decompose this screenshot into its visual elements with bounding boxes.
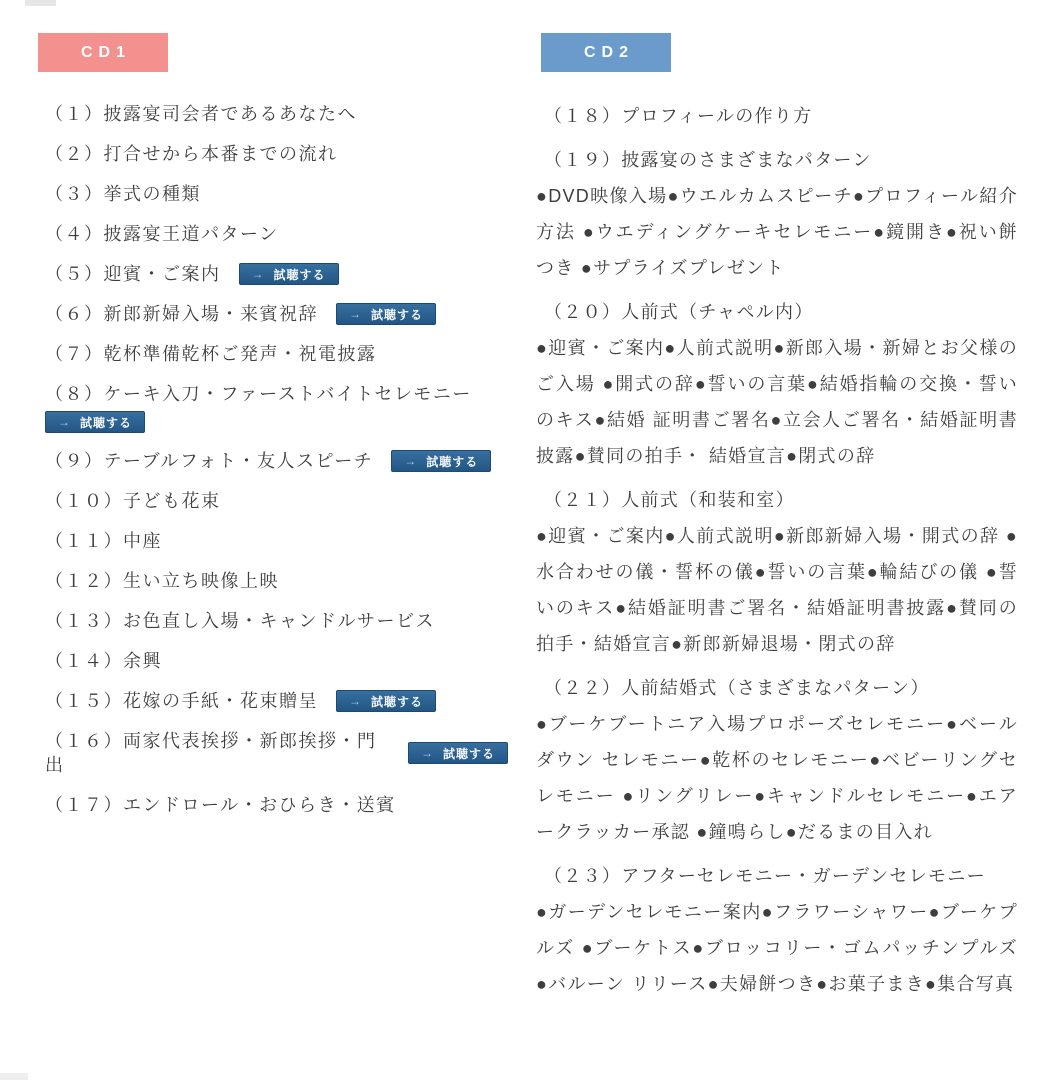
track-details: ●迎賓・ご案内●人前式説明●新郎新婦入場・開式の辞 ●水合わせの儀・誓杯の儀●誓…: [536, 518, 1018, 662]
track-title: （１５）花嫁の手紙・花束贈呈: [45, 689, 318, 713]
track-row: （１５）花嫁の手紙・花束贈呈 → 試聴する: [45, 689, 508, 713]
cd2-track-item: （１８）プロフィールの作り方: [536, 98, 1018, 134]
track-title: （４）披露宴王道パターン: [45, 222, 279, 246]
track-details: ●迎賓・ご案内●人前式説明●新郎入場・新婦とお父様のご入場 ●開式の辞●誓いの言…: [536, 330, 1018, 474]
cd1-track-item: （３）挙式の種類: [45, 182, 508, 206]
track-title: （１８）プロフィールの作り方: [536, 98, 1018, 134]
listen-arrow-icon: →: [404, 455, 417, 467]
track-title: （２）打合せから本番までの流れ: [45, 142, 338, 166]
cd1-track-item: （１６）両家代表挨拶・新郎挨拶・門出 → 試聴する: [45, 729, 508, 777]
track-title: （９）テーブルフォト・友人スピーチ: [45, 449, 373, 473]
track-row: （３）挙式の種類: [45, 182, 508, 206]
scan-artifact-top: [25, 0, 56, 6]
listen-button-label: 試聴する: [426, 453, 478, 470]
cd2-track-item: （２１）人前式（和装和室） ●迎賓・ご案内●人前式説明●新郎新婦入場・開式の辞 …: [536, 482, 1018, 662]
track-row: （１６）両家代表挨拶・新郎挨拶・門出 → 試聴する: [45, 729, 508, 777]
track-title: （２０）人前式（チャペル内）: [536, 294, 1018, 330]
track-row: （５）迎賓・ご案内 → 試聴する: [45, 262, 508, 286]
cd1-track-item: （１７）エンドロール・おひらき・送賓: [45, 793, 508, 817]
cd1-track-item: （２）打合せから本番までの流れ: [45, 142, 508, 166]
track-title: （１）披露宴司会者であるあなたへ: [45, 102, 357, 126]
track-row: （７）乾杯準備乾杯ご発声・祝電披露: [45, 342, 508, 366]
track-title: （１６）両家代表挨拶・新郎挨拶・門出: [45, 729, 390, 777]
cd2-badge: CD2: [541, 33, 671, 72]
cd1-badge: CD1: [38, 33, 168, 72]
listen-arrow-icon: →: [349, 695, 362, 707]
cd1-track-item: （７）乾杯準備乾杯ご発声・祝電披露: [45, 342, 508, 366]
track-title: （８）ケーキ入刀・ファーストバイトセレモニー: [45, 382, 472, 406]
track-details: ●ガーデンセレモニー案内●フラワーシャワー●ブーケプルズ ●ブーケトス●ブロッコ…: [536, 894, 1018, 1002]
track-title: （１２）生い立ち映像上映: [45, 569, 279, 593]
cd2-track-item: （１９）披露宴のさまざまなパターン ●DVD映像入場●ウエルカムスピーチ●プロフ…: [536, 142, 1018, 286]
track-row: （９）テーブルフォト・友人スピーチ → 試聴する: [45, 449, 508, 473]
track-title: （２１）人前式（和装和室）: [536, 482, 1018, 518]
cd1-track-item: （１０）子ども花束: [45, 489, 508, 513]
listen-arrow-icon: →: [421, 747, 434, 759]
track-title: （１０）子ども花束: [45, 489, 221, 513]
scan-artifact-bottom: [0, 1073, 28, 1080]
cd1-track-item: （１２）生い立ち映像上映: [45, 569, 508, 593]
listen-button-label: 試聴する: [371, 306, 423, 323]
listen-button-label: 試聴する: [371, 693, 423, 710]
cd-track-list-page: CD1 （１）披露宴司会者であるあなたへ （２）打合せから本番までの流れ （３）…: [0, 0, 1062, 1080]
listen-arrow-icon: →: [349, 308, 362, 320]
track-title: （１９）披露宴のさまざまなパターン: [536, 142, 1018, 178]
cd1-track-item: （１）披露宴司会者であるあなたへ: [45, 102, 508, 126]
cd2-track-item: （２２）人前結婚式（さまざまなパターン） ●ブーケブートニア入場プロポーズセレモ…: [536, 670, 1018, 850]
listen-arrow-icon: →: [252, 268, 265, 280]
listen-button-label: 試聴する: [274, 266, 326, 283]
track-title: （１７）エンドロール・おひらき・送賓: [45, 793, 396, 817]
cd2-track-list: （１８）プロフィールの作り方 （１９）披露宴のさまざまなパターン ●DVD映像入…: [536, 98, 1018, 1002]
track-title: （２２）人前結婚式（さまざまなパターン）: [536, 670, 1018, 706]
track-row: （４）披露宴王道パターン: [45, 222, 508, 246]
cd2-track-item: （２０）人前式（チャペル内） ●迎賓・ご案内●人前式説明●新郎入場・新婦とお父様…: [536, 294, 1018, 474]
track-title: （７）乾杯準備乾杯ご発声・祝電披露: [45, 342, 377, 366]
track-details: ●ブーケブートニア入場プロポーズセレモニー●ベールダウン セレモニー●乾杯のセレ…: [536, 706, 1018, 850]
track-row: （１０）子ども花束: [45, 489, 508, 513]
track-details: ●DVD映像入場●ウエルカムスピーチ●プロフィール紹介方法 ●ウエディングケーキ…: [536, 178, 1018, 286]
track-title: （６）新郎新婦入場・来賓祝辞: [45, 302, 318, 326]
track-title: （１３）お色直し入場・キャンドルサービス: [45, 609, 435, 633]
track-row: （２）打合せから本番までの流れ: [45, 142, 508, 166]
track-row: （１）披露宴司会者であるあなたへ: [45, 102, 508, 126]
listen-button[interactable]: → 試聴する: [336, 690, 436, 712]
track-title: （１１）中座: [45, 529, 162, 553]
cd2-column: CD2 （１８）プロフィールの作り方 （１９）披露宴のさまざまなパターン ●DV…: [536, 33, 1018, 1010]
listen-button[interactable]: → 試聴する: [408, 742, 508, 764]
track-row: （１３）お色直し入場・キャンドルサービス: [45, 609, 508, 633]
track-row: （１２）生い立ち映像上映: [45, 569, 508, 593]
cd1-track-item: （１１）中座: [45, 529, 508, 553]
track-title: （２３）アフターセレモニー・ガーデンセレモニー: [536, 858, 1018, 894]
cd1-track-item: （８）ケーキ入刀・ファーストバイトセレモニー → 試聴する: [45, 382, 508, 433]
cd1-track-item: （５）迎賓・ご案内 → 試聴する: [45, 262, 508, 286]
cd1-track-item: （１５）花嫁の手紙・花束贈呈 → 試聴する: [45, 689, 508, 713]
cd1-track-item: （６）新郎新婦入場・来賓祝辞 → 試聴する: [45, 302, 508, 326]
track-row: （６）新郎新婦入場・来賓祝辞 → 試聴する: [45, 302, 508, 326]
cd1-track-item: （１４）余興: [45, 649, 508, 673]
cd1-track-list: （１）披露宴司会者であるあなたへ （２）打合せから本番までの流れ （３）挙式の種…: [38, 102, 508, 817]
track-row: （８）ケーキ入刀・ファーストバイトセレモニー → 試聴する: [45, 382, 508, 433]
track-title: （３）挙式の種類: [45, 182, 201, 206]
track-row: （１７）エンドロール・おひらき・送賓: [45, 793, 508, 817]
listen-button[interactable]: → 試聴する: [239, 263, 339, 285]
listen-button[interactable]: → 試聴する: [336, 303, 436, 325]
listen-arrow-icon: →: [58, 416, 71, 428]
cd1-column: CD1 （１）披露宴司会者であるあなたへ （２）打合せから本番までの流れ （３）…: [38, 33, 508, 833]
listen-button-label: 試聴する: [443, 745, 495, 762]
cd2-track-item: （２３）アフターセレモニー・ガーデンセレモニー ●ガーデンセレモニー案内●フラワ…: [536, 858, 1018, 1002]
track-title: （５）迎賓・ご案内: [45, 262, 221, 286]
cd1-track-item: （４）披露宴王道パターン: [45, 222, 508, 246]
track-row: （１１）中座: [45, 529, 508, 553]
cd1-track-item: （１３）お色直し入場・キャンドルサービス: [45, 609, 508, 633]
listen-button[interactable]: → 試聴する: [391, 450, 491, 472]
listen-button-label: 試聴する: [80, 414, 132, 431]
listen-button[interactable]: → 試聴する: [45, 411, 145, 433]
track-row: （１４）余興: [45, 649, 508, 673]
cd1-track-item: （９）テーブルフォト・友人スピーチ → 試聴する: [45, 449, 508, 473]
track-title: （１４）余興: [45, 649, 162, 673]
